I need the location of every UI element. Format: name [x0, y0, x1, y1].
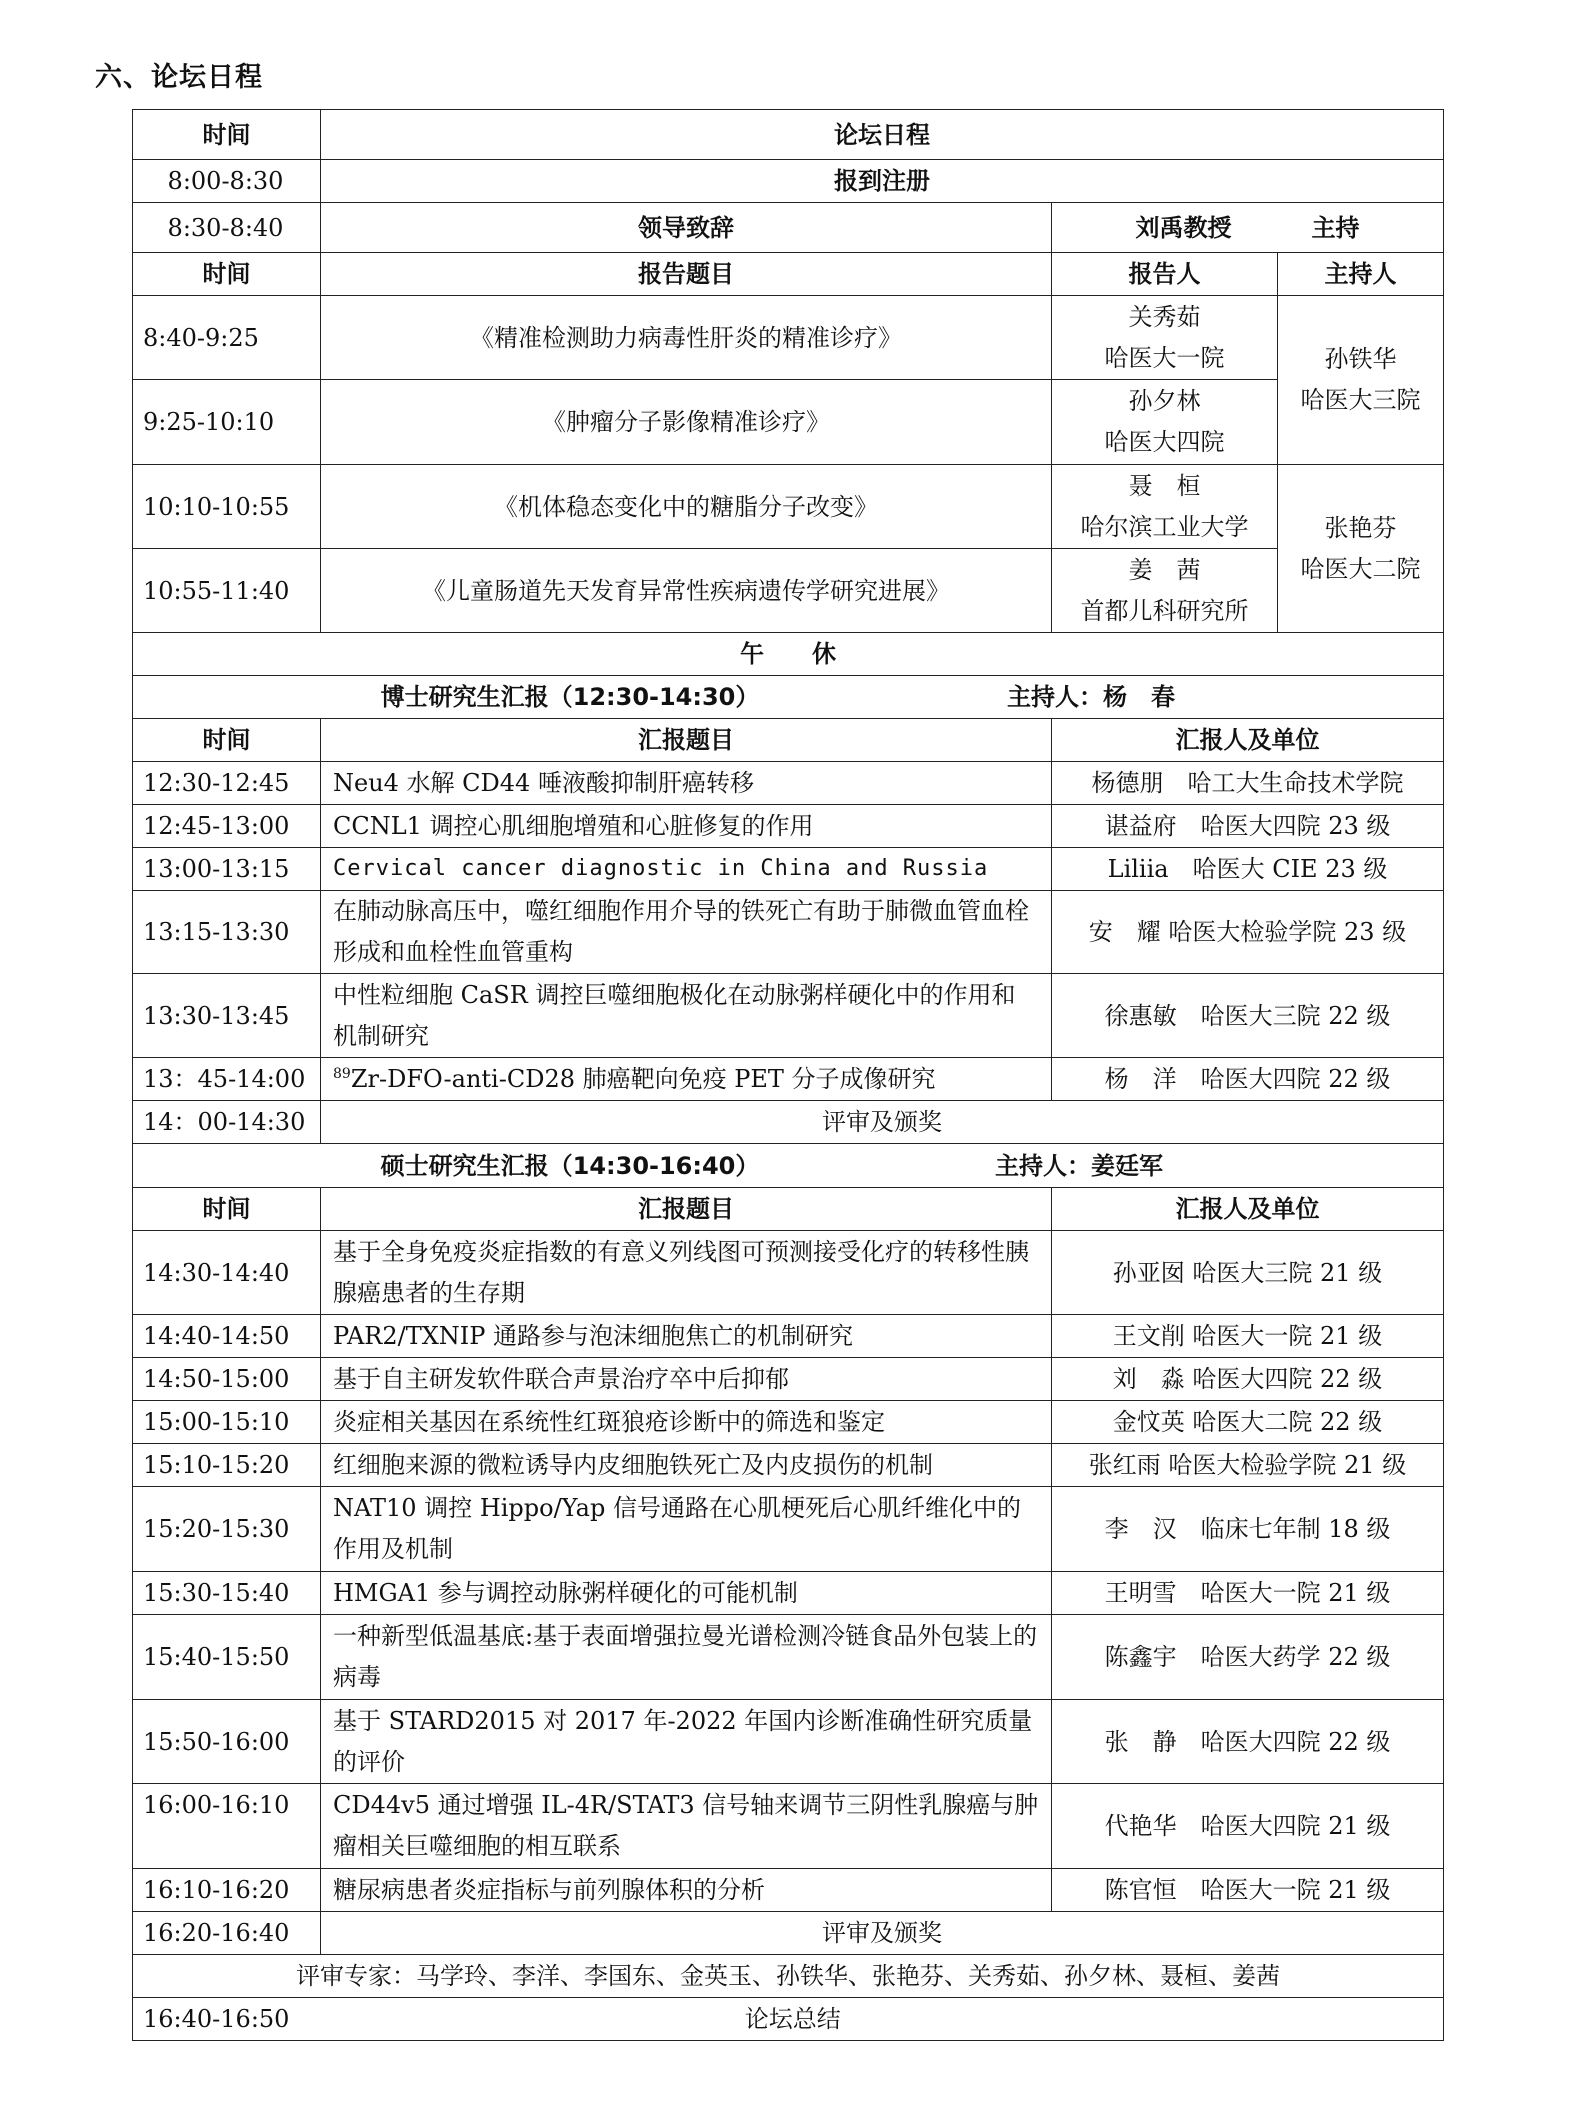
- keynote-speaker: 关秀茹: [1064, 297, 1265, 338]
- opening-label: 领导致辞: [321, 203, 1052, 253]
- phd-header-presenter: 汇报人及单位: [1052, 719, 1444, 762]
- keynote-speaker: 姜 茜: [1064, 550, 1265, 591]
- keynote-affiliation: 哈医大一院: [1064, 338, 1265, 379]
- opening-host-role: 主持: [1312, 207, 1360, 249]
- closing-row: 16:40-16:50 论坛总结: [133, 1998, 1444, 2041]
- master-topic: 糖尿病患者炎症指标与前列腺体积的分析: [321, 1869, 1052, 1912]
- keynote-time: 9:25-10:10: [133, 380, 321, 465]
- registration-time: 8:00-8:30: [133, 160, 321, 203]
- keynote-speaker-cell: 孙夕林 哈医大四院: [1052, 380, 1278, 465]
- master-topic: 基于自主研发软件联合声景治疗卒中后抑郁: [321, 1358, 1052, 1401]
- master-row: 16:10-16:20 糖尿病患者炎症指标与前列腺体积的分析 陈官恒 哈医大一院…: [133, 1869, 1444, 1912]
- registration-row: 8:00-8:30 报到注册: [133, 160, 1444, 203]
- master-time: 15:10-15:20: [133, 1444, 321, 1487]
- master-time: 15:00-15:10: [133, 1401, 321, 1444]
- keynote-header-topic: 报告题目: [321, 253, 1052, 296]
- phd-time: 13:15-13:30: [133, 891, 321, 974]
- master-row: 15:30-15:40 HMGA1 参与调控动脉粥样硬化的可能机制 王明雪 哈医…: [133, 1572, 1444, 1615]
- phd-presenter: 谌益府 哈医大四院 23 级: [1052, 805, 1444, 848]
- phd-review-label: 评审及颁奖: [321, 1101, 1444, 1144]
- master-presenter: 张红雨 哈医大检验学院 21 级: [1052, 1444, 1444, 1487]
- master-header-row: 时间 汇报题目 汇报人及单位: [133, 1188, 1444, 1231]
- phd-topic: 在肺动脉高压中，噬红细胞作用介导的铁死亡有助于肺微血管血栓形成和血栓性血管重构: [321, 891, 1052, 974]
- keynote-affiliation: 哈医大四院: [1064, 422, 1265, 463]
- phd-review-time: 14：00-14:30: [133, 1101, 321, 1144]
- phd-presenter: 杨 洋 哈医大四院 22 级: [1052, 1058, 1444, 1101]
- master-session-title-row: 硕士研究生汇报（14:30-16:40） 主持人：姜廷军: [133, 1144, 1444, 1188]
- phd-time: 13：45-14:00: [133, 1058, 321, 1101]
- master-time: 16:10-16:20: [133, 1869, 321, 1912]
- master-topic: 红细胞来源的微粒诱导内皮细胞铁死亡及内皮损伤的机制: [321, 1444, 1052, 1487]
- master-presenter: 王明雪 哈医大一院 21 级: [1052, 1572, 1444, 1615]
- master-session-title: 硕士研究生汇报（14:30-16:40）: [145, 1145, 995, 1187]
- keynote-time: 8:40-9:25: [133, 296, 321, 380]
- phd-row: 13:15-13:30 在肺动脉高压中，噬红细胞作用介导的铁死亡有助于肺微血管血…: [133, 891, 1444, 974]
- master-row: 14:30-14:40 基于全身免疫炎症指数的有意义列线图可预测接受化疗的转移性…: [133, 1231, 1444, 1315]
- keynote-speaker-cell: 姜 茜 首都儿科研究所: [1052, 549, 1278, 633]
- keynote-speaker-cell: 聂 桓 哈尔滨工业大学: [1052, 465, 1278, 549]
- master-row: 15:10-15:20 红细胞来源的微粒诱导内皮细胞铁死亡及内皮损伤的机制 张红…: [133, 1444, 1444, 1487]
- phd-topic: 中性粒细胞 CaSR 调控巨噬细胞极化在动脉粥样硬化中的作用和机制研究: [321, 974, 1052, 1058]
- keynote-speaker: 孙夕林: [1064, 381, 1265, 422]
- master-time: 15:40-15:50: [133, 1615, 321, 1700]
- phd-time: 13:00-13:15: [133, 848, 321, 891]
- master-presenter: 金忟英 哈医大二院 22 级: [1052, 1401, 1444, 1444]
- phd-header-time: 时间: [133, 719, 321, 762]
- phd-session-title-cell: 博士研究生汇报（12:30-14:30） 主持人：杨 春: [133, 676, 1444, 719]
- master-presenter: 刘 淼 哈医大四院 22 级: [1052, 1358, 1444, 1401]
- master-row: 15:00-15:10 炎症相关基因在系统性红斑狼疮诊断中的筛选和鉴定 金忟英 …: [133, 1401, 1444, 1444]
- master-row: 14:50-15:00 基于自主研发软件联合声景治疗卒中后抑郁 刘 淼 哈医大四…: [133, 1358, 1444, 1401]
- master-time: 14:40-14:50: [133, 1315, 321, 1358]
- phd-time: 12:45-13:00: [133, 805, 321, 848]
- master-topic: 一种新型低温基底:基于表面增强拉曼光谱检测冷链食品外包装上的病毒: [321, 1615, 1052, 1700]
- keynote-host-cell: 张艳芬 哈医大二院: [1278, 465, 1444, 633]
- phd-row: 12:30-12:45 Neu4 水解 CD44 唾液酸抑制肝癌转移 杨德朋 哈…: [133, 762, 1444, 805]
- master-topic: NAT10 调控 Hippo/Yap 信号通路在心肌梗死后心肌纤维化中的作用及机…: [321, 1487, 1052, 1572]
- master-presenter: 张 静 哈医大四院 22 级: [1052, 1700, 1444, 1784]
- keynote-speaker: 聂 桓: [1064, 466, 1265, 507]
- lunch-row: 午 休: [133, 633, 1444, 676]
- phd-row: 12:45-13:00 CCNL1 调控心肌细胞增殖和心脏修复的作用 谌益府 哈…: [133, 805, 1444, 848]
- master-presenter: 代艳华 哈医大四院 21 级: [1052, 1784, 1444, 1869]
- phd-header-row: 时间 汇报题目 汇报人及单位: [133, 719, 1444, 762]
- keynote-row: 10:55-11:40 《儿童肠道先天发育异常性疾病遗传学研究进展》 姜 茜 首…: [133, 549, 1444, 633]
- table-header-row: 时间 论坛日程: [133, 110, 1444, 160]
- phd-presenter: Liliia 哈医大 CIE 23 级: [1052, 848, 1444, 891]
- master-time: 15:20-15:30: [133, 1487, 321, 1572]
- section-title: 六、论坛日程: [95, 55, 263, 94]
- keynote-speaker-cell: 关秀茹 哈医大一院: [1052, 296, 1278, 380]
- opening-time: 8:30-8:40: [133, 203, 321, 253]
- phd-header-topic: 汇报题目: [321, 719, 1052, 762]
- keynote-host-cell: 孙铁华 哈医大三院: [1278, 296, 1444, 465]
- master-header-presenter: 汇报人及单位: [1052, 1188, 1444, 1231]
- header-time: 时间: [133, 110, 321, 160]
- keynote-time: 10:10-10:55: [133, 465, 321, 549]
- master-row: 15:40-15:50 一种新型低温基底:基于表面增强拉曼光谱检测冷链食品外包装…: [133, 1615, 1444, 1700]
- keynote-row: 9:25-10:10 《肿瘤分子影像精准诊疗》 孙夕林 哈医大四院: [133, 380, 1444, 465]
- judges-row: 评审专家：马学玲、李洋、李国东、金英玉、孙铁华、张艳芬、关秀茹、孙夕林、聂桓、姜…: [133, 1955, 1444, 1998]
- master-review-label: 评审及颁奖: [321, 1912, 1444, 1955]
- master-topic: CD44v5 通过增强 IL-4R/STAT3 信号轴来调节三阴性乳腺癌与肿瘤相…: [321, 1784, 1052, 1869]
- closing-label: 论坛总结: [321, 1998, 1444, 2041]
- keynote-header-time: 时间: [133, 253, 321, 296]
- master-presenter: 陈鑫宇 哈医大药学 22 级: [1052, 1615, 1444, 1700]
- registration-label: 报到注册: [321, 160, 1444, 203]
- master-session-title-cell: 硕士研究生汇报（14:30-16:40） 主持人：姜廷军: [133, 1144, 1444, 1188]
- keynote-host-affiliation: 哈医大二院: [1290, 549, 1431, 590]
- keynote-row: 8:40-9:25 《精准检测助力病毒性肝炎的精准诊疗》 关秀茹 哈医大一院 孙…: [133, 296, 1444, 380]
- header-schedule: 论坛日程: [321, 110, 1444, 160]
- keynote-header-host: 主持人: [1278, 253, 1444, 296]
- phd-presenter: 徐惠敏 哈医大三院 22 级: [1052, 974, 1444, 1058]
- master-row: 15:20-15:30 NAT10 调控 Hippo/Yap 信号通路在心肌梗死…: [133, 1487, 1444, 1572]
- phd-session-title-row: 博士研究生汇报（12:30-14:30） 主持人：杨 春: [133, 676, 1444, 719]
- keynote-topic: 《肿瘤分子影像精准诊疗》: [321, 380, 1052, 465]
- phd-presenter: 安 耀 哈医大检验学院 23 级: [1052, 891, 1444, 974]
- keynote-topic: 《机体稳态变化中的糖脂分子改变》: [321, 465, 1052, 549]
- phd-topic: Cervical cancer diagnostic in China and …: [321, 848, 1052, 891]
- master-topic: HMGA1 参与调控动脉粥样硬化的可能机制: [321, 1572, 1052, 1615]
- keynote-affiliation: 首都儿科研究所: [1064, 591, 1265, 632]
- phd-row: 13:30-13:45 中性粒细胞 CaSR 调控巨噬细胞极化在动脉粥样硬化中的…: [133, 974, 1444, 1058]
- master-presenter: 王文削 哈医大一院 21 级: [1052, 1315, 1444, 1358]
- keynote-topic: 《儿童肠道先天发育异常性疾病遗传学研究进展》: [321, 549, 1052, 633]
- master-topic: 基于 STARD2015 对 2017 年-2022 年国内诊断准确性研究质量的…: [321, 1700, 1052, 1784]
- phd-session-title: 博士研究生汇报（12:30-14:30）: [145, 676, 995, 718]
- phd-row: 13：45-14:00 89Zr-DFO-anti-CD28 肺癌靶向免疫 PE…: [133, 1058, 1444, 1101]
- keynote-time: 10:55-11:40: [133, 549, 321, 633]
- master-header-time: 时间: [133, 1188, 321, 1231]
- keynote-host-name: 张艳芬: [1290, 508, 1431, 549]
- phd-topic: Neu4 水解 CD44 唾液酸抑制肝癌转移: [321, 762, 1052, 805]
- keynote-affiliation: 哈尔滨工业大学: [1064, 507, 1265, 548]
- master-row: 14:40-14:50 PAR2/TXNIP 通路参与泡沫细胞焦亡的机制研究 王…: [133, 1315, 1444, 1358]
- keynote-row: 10:10-10:55 《机体稳态变化中的糖脂分子改变》 聂 桓 哈尔滨工业大学…: [133, 465, 1444, 549]
- master-review-time: 16:20-16:40: [133, 1912, 321, 1955]
- keynote-host-affiliation: 哈医大三院: [1290, 380, 1431, 421]
- keynote-header-speaker: 报告人: [1052, 253, 1278, 296]
- master-presenter: 陈官恒 哈医大一院 21 级: [1052, 1869, 1444, 1912]
- lunch-label: 午 休: [133, 633, 1444, 676]
- master-review-row: 16:20-16:40 评审及颁奖: [133, 1912, 1444, 1955]
- forum-schedule-table: 时间 论坛日程 8:00-8:30 报到注册 8:30-8:40 领导致辞 刘禹…: [132, 109, 1444, 2041]
- master-presenter: 孙亚囡 哈医大三院 21 级: [1052, 1231, 1444, 1315]
- master-header-topic: 汇报题目: [321, 1188, 1052, 1231]
- closing-time: 16:40-16:50: [133, 1998, 321, 2041]
- keynote-topic: 《精准检测助力病毒性肝炎的精准诊疗》: [321, 296, 1052, 380]
- master-time: 16:00-16:10: [133, 1784, 321, 1869]
- phd-session-host: 主持人：杨 春: [995, 676, 1431, 718]
- isotope-superscript: 89: [333, 1066, 351, 1082]
- judges-list: 评审专家：马学玲、李洋、李国东、金英玉、孙铁华、张艳芬、关秀茹、孙夕林、聂桓、姜…: [133, 1955, 1444, 1998]
- opening-row: 8:30-8:40 领导致辞 刘禹教授 主持: [133, 203, 1444, 253]
- opening-host: 刘禹教授: [1136, 207, 1232, 249]
- master-time: 14:50-15:00: [133, 1358, 321, 1401]
- master-presenter: 李 汉 临床七年制 18 级: [1052, 1487, 1444, 1572]
- master-time: 14:30-14:40: [133, 1231, 321, 1315]
- phd-row: 13:00-13:15 Cervical cancer diagnostic i…: [133, 848, 1444, 891]
- master-time: 15:30-15:40: [133, 1572, 321, 1615]
- phd-topic-cell: 89Zr-DFO-anti-CD28 肺癌靶向免疫 PET 分子成像研究: [321, 1058, 1052, 1101]
- phd-time: 13:30-13:45: [133, 974, 321, 1058]
- master-row: 16:00-16:10 CD44v5 通过增强 IL-4R/STAT3 信号轴来…: [133, 1784, 1444, 1869]
- opening-host-cell: 刘禹教授 主持: [1052, 203, 1444, 253]
- master-row: 15:50-16:00 基于 STARD2015 对 2017 年-2022 年…: [133, 1700, 1444, 1784]
- keynote-host-name: 孙铁华: [1290, 339, 1431, 380]
- master-topic: 炎症相关基因在系统性红斑狼疮诊断中的筛选和鉴定: [321, 1401, 1052, 1444]
- phd-review-row: 14：00-14:30 评审及颁奖: [133, 1101, 1444, 1144]
- keynote-header-row: 时间 报告题目 报告人 主持人: [133, 253, 1444, 296]
- master-topic: PAR2/TXNIP 通路参与泡沫细胞焦亡的机制研究: [321, 1315, 1052, 1358]
- phd-time: 12:30-12:45: [133, 762, 321, 805]
- phd-presenter: 杨德朋 哈工大生命技术学院: [1052, 762, 1444, 805]
- master-session-host: 主持人：姜廷军: [995, 1145, 1431, 1187]
- master-topic: 基于全身免疫炎症指数的有意义列线图可预测接受化疗的转移性胰腺癌患者的生存期: [321, 1231, 1052, 1315]
- phd-topic: CCNL1 调控心肌细胞增殖和心脏修复的作用: [321, 805, 1052, 848]
- phd-topic: Zr-DFO-anti-CD28 肺癌靶向免疫 PET 分子成像研究: [351, 1065, 936, 1093]
- master-time: 15:50-16:00: [133, 1700, 321, 1784]
